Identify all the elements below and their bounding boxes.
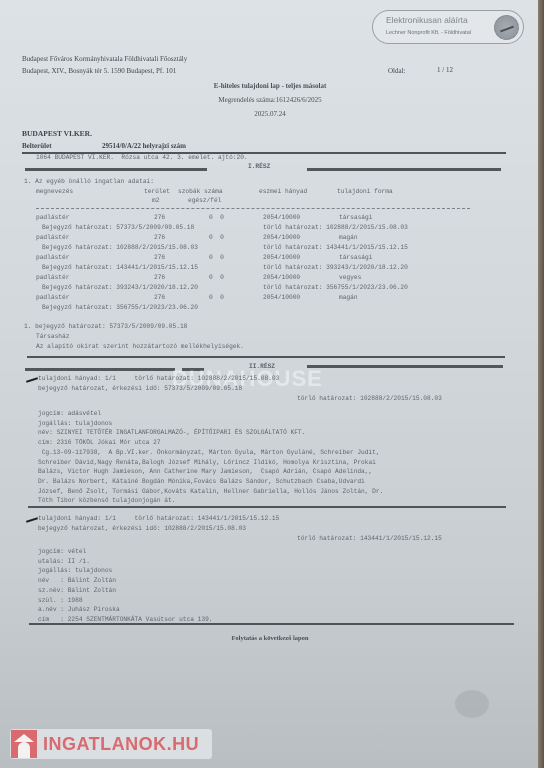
logo-text: INGATLANOK.HU	[43, 734, 199, 755]
document-page: Elektronikusan aláírta Lechner Nonprofit…	[0, 0, 540, 768]
detail-line: jogállás: tulajdonos	[38, 419, 112, 429]
table-cell-form: társasági	[339, 253, 372, 263]
table-cell-rooms: 0 0	[209, 213, 224, 223]
divider	[28, 506, 506, 508]
deletion-decision: törlő határozat: 356755/1/2023/23.06.20	[263, 283, 408, 293]
signature-title: Elektronikusan aláírta	[386, 15, 468, 25]
column-unit: egész/fél	[188, 196, 221, 206]
document-date: 2025.07.24	[0, 110, 540, 118]
detail-line: jogcím: adásvétel	[38, 409, 101, 419]
detail-line: a.név : Juhász Piroska	[38, 605, 120, 615]
table-cell-share: 2054/10000	[263, 233, 300, 243]
column-header: megnevezés	[36, 187, 73, 197]
entry-line: bejegyző határozat, érkezési idő: 102888…	[38, 524, 246, 534]
table-cell-name: padlástér	[36, 213, 69, 223]
table-cell-name: padlástér	[36, 253, 69, 263]
column-header: eszmei hányad	[259, 187, 307, 197]
detail-line: Schreiber Dávid,Nagy Renáta,Balogh Józse…	[38, 458, 376, 468]
entry-line: bejegyző határozat, érkezési idő: 57373/…	[38, 384, 242, 394]
detail-line: Tóth Tibor közbenső tulajdonjogán át.	[38, 496, 175, 506]
deletion-decision: törlő határozat: 143441/1/2015/15.12.15	[263, 243, 408, 253]
document-title: E-hiteles tulajdoni lap - teljes másolat	[0, 82, 540, 90]
continuation-note: Folytatás a következő lapon	[0, 635, 540, 642]
divider	[25, 168, 207, 171]
share-line: tulajdoni hányad: 1/1 törlő határozat: 1…	[38, 514, 279, 524]
note-line: Társasház	[36, 332, 69, 342]
deletion-decision: törlő határozat: 102888/2/2015/15.08.03	[263, 223, 408, 233]
checkmark-icon	[26, 517, 38, 523]
detail-line: jogcím: vétel	[38, 547, 86, 557]
note-line: 1. bejegyző határozat: 57373/5/2009/09.0…	[24, 322, 187, 332]
deletion-line: törlő határozat: 102888/2/2015/15.08.03	[297, 394, 442, 404]
divider	[25, 368, 175, 371]
checkmark-icon	[26, 377, 38, 383]
column-unit: m2	[152, 196, 159, 206]
deletion-decision: törlő határozat: 393243/1/2020/18.12.20	[263, 263, 408, 273]
detail-line: József, Benő Zsolt, Tormási Gábor,Kováts…	[38, 487, 383, 497]
district: BUDAPEST VI.KER.	[22, 129, 92, 138]
seal-icon	[494, 15, 519, 40]
table-cell-area: 276	[154, 233, 165, 243]
office-name: Budapest Főváros Kormányhivatala Földhiv…	[22, 55, 187, 63]
divider	[29, 623, 514, 625]
table-cell-rooms: 0 0	[209, 233, 224, 243]
detail-line: Dr. Balázs Norbert, Kátainé Bogdán Mónik…	[38, 477, 365, 487]
table-cell-form: magán	[339, 293, 358, 303]
ingatlanok-logo: INGATLANOK.HU	[10, 729, 212, 759]
electronic-signature-box: Elektronikusan aláírta Lechner Nonprofit…	[372, 10, 524, 44]
entry-decision: Bejegyző határozat: 356755/1/2023/23.06.…	[42, 303, 198, 313]
table-cell-share: 2054/10000	[263, 213, 300, 223]
detail-line: Cg.13-09-117938, A Bp.VI.ker. Önkormányz…	[38, 448, 380, 458]
table-cell-area: 276	[154, 213, 165, 223]
detail-line: szül. : 1988	[38, 596, 83, 606]
table-cell-area: 276	[154, 253, 165, 263]
detail-line: név: SZINYEI TETŐTÉR INGATLANFORGALMAZÓ-…	[38, 428, 305, 438]
table-cell-form: magán	[339, 233, 358, 243]
detail-line: jogállás: tulajdonos	[38, 566, 112, 576]
divider	[307, 168, 501, 171]
section-heading: 1. Az egyéb önálló ingatlan adatai:	[24, 177, 154, 187]
entry-decision: Bejegyző határozat: 102888/2/2015/15.08.…	[42, 243, 198, 253]
house-icon	[11, 730, 37, 758]
parcel-number: 29514/0/A/22 helyrajzi szám	[102, 142, 186, 150]
table-cell-form: társasági	[339, 213, 372, 223]
background-edge	[538, 0, 544, 768]
property-address: 1064 BUDAPEST VI.KER. Rózsa utca 42. 3. …	[36, 153, 248, 163]
page-number: 1 / 12	[437, 66, 453, 74]
entry-decision: Bejegyző határozat: 57373/5/2009/09.05.1…	[42, 223, 194, 233]
divider	[27, 356, 505, 358]
detail-line: név : Bálint Zoltán	[38, 576, 116, 586]
table-cell-share: 2054/10000	[263, 293, 300, 303]
detail-line: cím: 2316 TÖKÖL Jókai Mór utca 27	[38, 438, 161, 448]
detail-line: Balázs, Victor Hugh Jamieson, Ann Cather…	[38, 467, 372, 477]
signature-signer: Lechner Nonprofit Kft. - Földhivatal	[386, 30, 471, 36]
share-line: tulajdoni hányad: 1/1 törlő határozat: 1…	[38, 374, 279, 384]
note-line: Az alapító okirat szerint hozzátartozó m…	[36, 342, 244, 352]
table-cell-area: 276	[154, 293, 165, 303]
detail-line: sz.név: Bálint Zoltán	[38, 586, 116, 596]
part-one-title: I.RÉSZ	[248, 162, 270, 172]
area-type: Belterület	[22, 142, 52, 150]
table-cell-name: padlástér	[36, 273, 69, 283]
deletion-line: törlő határozat: 143441/1/2015/15.12.15	[297, 534, 442, 544]
page-label: Oldal:	[388, 67, 406, 75]
entry-decision: Bejegyző határozat: 143441/1/2015/15.12.…	[42, 263, 198, 273]
table-cell-rooms: 0 0	[209, 293, 224, 303]
order-number: Megrendelés száma:1612426/6/2025	[0, 96, 540, 104]
table-cell-share: 2054/10000	[263, 253, 300, 263]
table-cell-rooms: 0 0	[209, 253, 224, 263]
paper-stain	[455, 690, 489, 718]
column-header: tulajdoni forma	[337, 187, 393, 197]
table-cell-name: padlástér	[36, 233, 69, 243]
table-cell-form: vegyes	[339, 273, 361, 283]
table-cell-rooms: 0 0	[209, 273, 224, 283]
table-cell-share: 2054/10000	[263, 273, 300, 283]
entry-decision: Bejegyző határozat: 393243/1/2020/18.12.…	[42, 283, 198, 293]
divider	[307, 365, 503, 368]
office-address: Budapest, XIV., Bosnyák tér 5. 1590 Buda…	[22, 67, 176, 75]
table-cell-name: padlástér	[36, 293, 69, 303]
dashed-divider	[36, 208, 470, 209]
table-cell-area: 276	[154, 273, 165, 283]
detail-line: utalás: II /1.	[38, 557, 90, 567]
